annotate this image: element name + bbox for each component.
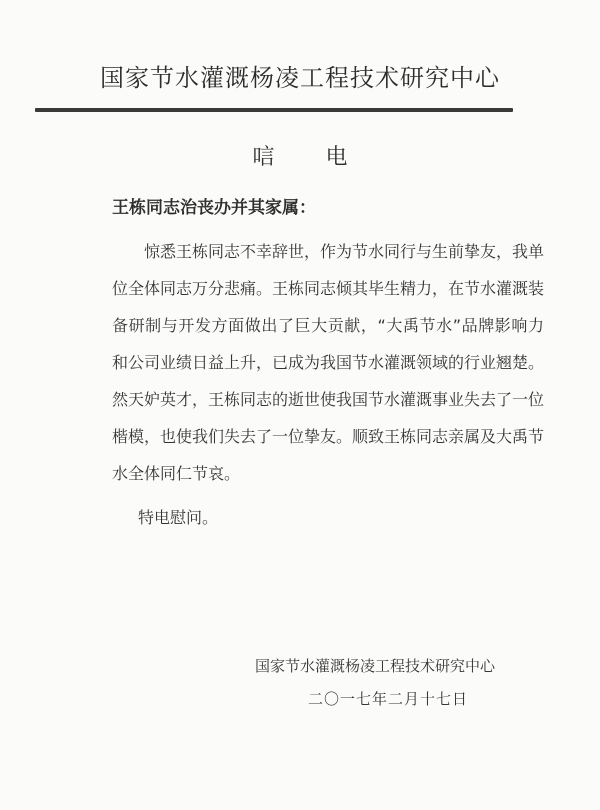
letterhead-organization: 国家节水灌溉杨凌工程技术研究中心 bbox=[0, 58, 600, 93]
signature-organization: 国家节水灌溉杨凌工程技术研究中心 bbox=[255, 655, 495, 676]
closing-line: 特电慰问。 bbox=[138, 505, 218, 528]
document-title: 唁 电 bbox=[0, 140, 600, 171]
salutation: 王栋同志治丧办并其家属： bbox=[112, 193, 316, 218]
signature-date: 二〇一七年二月十七日 bbox=[308, 688, 468, 709]
letter-body: 惊悉王栋同志不幸辞世，作为节水同行与生前挚友，我单位全体同志万分悲痛。王栋同志倾… bbox=[112, 233, 544, 492]
letterhead-divider bbox=[35, 108, 513, 112]
body-paragraph: 惊悉王栋同志不幸辞世，作为节水同行与生前挚友，我单位全体同志万分悲痛。王栋同志倾… bbox=[112, 233, 544, 492]
